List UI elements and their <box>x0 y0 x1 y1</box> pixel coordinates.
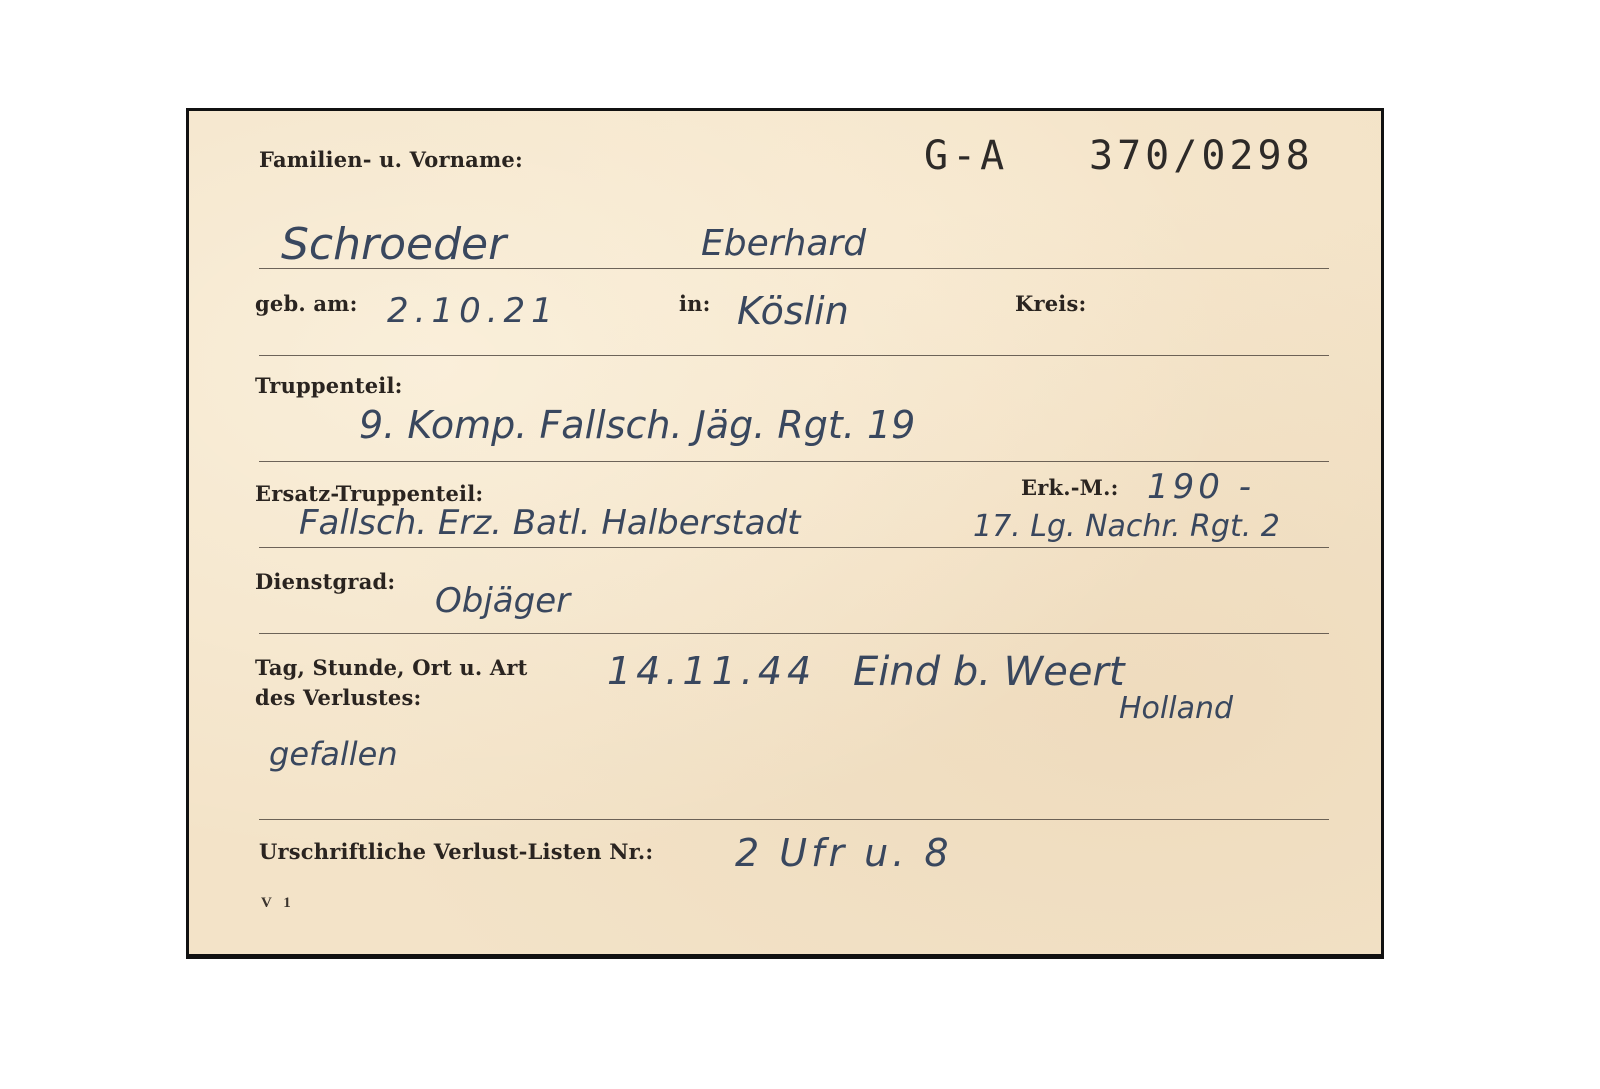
birth-place-value: Köslin <box>737 289 849 333</box>
district-label: Kreis: <box>1015 291 1086 316</box>
birth-place-label: in: <box>679 291 711 316</box>
birth-date-label: geb. am: <box>255 291 358 316</box>
id-tag-unit: 17. Lg. Nachr. Rgt. 2 <box>973 509 1280 544</box>
loss-label-line1: Tag, Stunde, Ort u. Art <box>255 655 528 680</box>
rank-label: Dienstgrad: <box>255 569 395 594</box>
divider-line <box>259 819 1329 820</box>
loss-date-value: 14.11.44 <box>607 649 816 693</box>
divider-line <box>259 547 1329 548</box>
id-tag-number: 190 - <box>1147 467 1255 507</box>
divider-line <box>259 355 1329 356</box>
surname-value: Schroeder <box>281 219 506 270</box>
loss-place-value: Eind b. Weert <box>853 649 1125 695</box>
divider-line <box>259 461 1329 462</box>
loss-country-value: Holland <box>1119 691 1233 726</box>
unit-value: 9. Komp. Fallsch. Jäg. Rgt. 19 <box>359 403 915 447</box>
casualty-index-card: Familien- u. Vorname: G-A 370/0298 Schro… <box>186 108 1384 959</box>
loss-list-value: 2 Ufr u. 8 <box>735 831 953 875</box>
divider-line <box>259 633 1329 634</box>
birth-date-value: 2.10.21 <box>387 291 559 331</box>
stamp-number: 370/0298 <box>1089 133 1314 179</box>
divider-line <box>259 268 1329 269</box>
id-tag-label: Erk.-M.: <box>1021 475 1119 500</box>
unit-label: Truppenteil: <box>255 373 403 398</box>
given-name-value: Eberhard <box>701 223 866 264</box>
loss-type-value: gefallen <box>269 735 398 773</box>
stamp-prefix: G-A <box>924 133 1008 179</box>
rank-value: Objäger <box>435 581 570 621</box>
name-label: Familien- u. Vorname: <box>259 147 523 172</box>
form-code: V 1 <box>261 895 295 912</box>
replacement-unit-value: Fallsch. Erz. Batl. Halberstadt <box>299 503 800 543</box>
loss-label-line2: des Verlustes: <box>255 685 421 710</box>
loss-list-label: Urschriftliche Verlust-Listen Nr.: <box>259 839 653 864</box>
